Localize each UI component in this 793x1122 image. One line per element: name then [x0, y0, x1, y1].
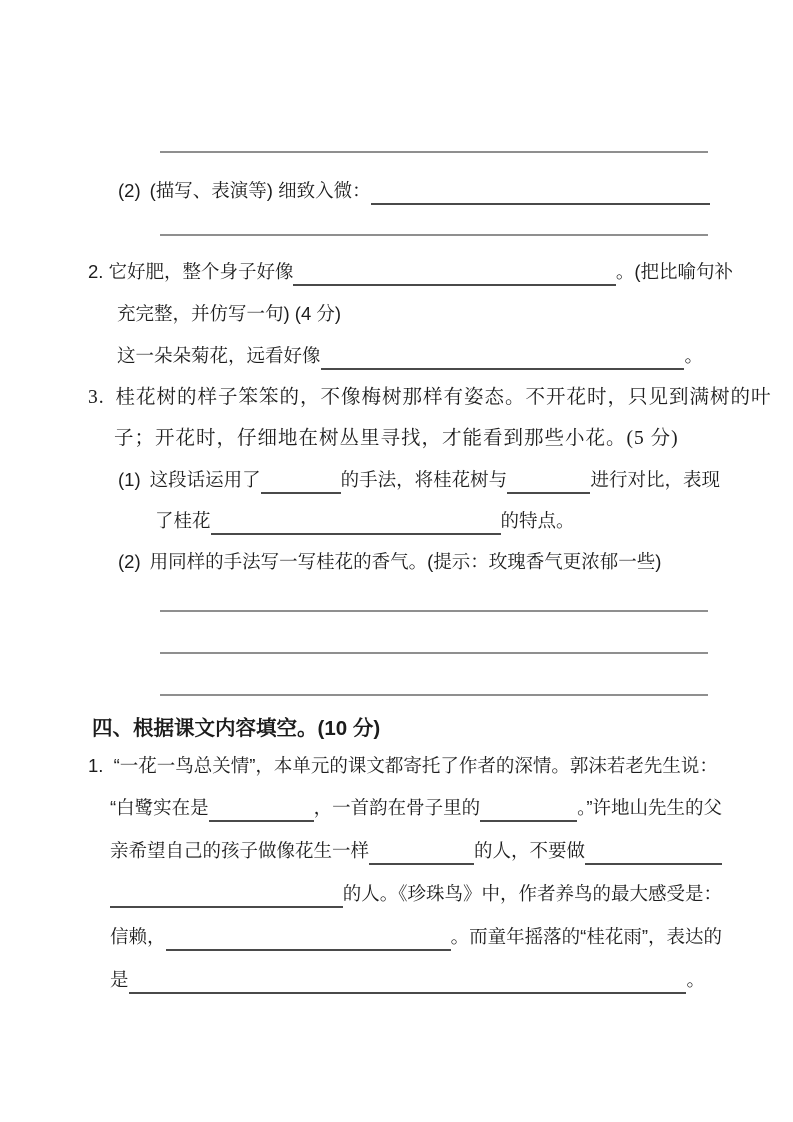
section4-q1-line5-pre: 信赖，	[110, 923, 166, 951]
question-3-sub1-cont-pre: 了桂花	[155, 507, 211, 535]
section4-q1-line2-pre: “白鹭实在是	[110, 794, 209, 822]
question-2-imitate-row: 这一朵朵菊花，远看好像 。	[117, 342, 703, 370]
question-3-sub1-row-2: 了桂花 的特点。	[155, 507, 575, 535]
section4-q1-row-6: 是 。	[110, 966, 705, 994]
section4-q1-line3-pre: 亲希望自己的孩子做像花生一样	[110, 837, 369, 865]
answer-line	[160, 151, 708, 153]
section4-q1-line5-post: 。而童年摇落的“桂花雨”，表达的	[451, 923, 722, 951]
fill-in-blank	[507, 468, 590, 494]
question-2-stem-post: 。(把比喻句补	[616, 258, 733, 286]
question-number: 3.	[88, 387, 105, 408]
question-2-imitate-post: 。	[684, 342, 703, 370]
section4-q1-row-3: 亲希望自己的孩子做像花生一样 的人，不要做	[110, 837, 722, 865]
fill-in-blank	[261, 468, 341, 494]
question-3-passage-row-2: 子；开花时，仔细地在树丛里寻找，才能看到那些小花。(5 分)	[114, 425, 679, 453]
section4-q1-line6-post: 。	[686, 966, 705, 994]
question-number: 2.	[88, 258, 103, 286]
fill-in-blank	[480, 796, 577, 822]
answer-line	[160, 652, 708, 654]
question-3-sub1-cont-post: 的特点。	[501, 507, 575, 535]
section4-q1-row-1: 1. “一花一鸟总关情”，本单元的课文都寄托了作者的深情。郭沫若老先生说：	[88, 752, 718, 780]
section4-q1-row-5: 信赖， 。而童年摇落的“桂花雨”，表达的	[110, 923, 722, 951]
question-3-sub2-text: 用同样的手法写一写桂花的香气。(提示：玫瑰香气更浓郁一些)	[150, 548, 662, 576]
answer-line	[160, 610, 708, 612]
sub-question-label: (1)	[118, 466, 141, 494]
answer-line	[160, 234, 708, 236]
section4-q1-line4-post: 的人。《珍珠鸟》中，作者养鸟的最大感受是：	[343, 880, 722, 908]
question-3-passage-line1: 桂花树的样子笨笨的，不像梅树那样有姿态。不开花时，只见到满树的叶	[116, 387, 772, 408]
question-2-stem-cont-row: 充完整，并仿写一句) (4 分)	[117, 300, 341, 328]
question-number: 1.	[88, 755, 103, 776]
sub-question-label: (2)	[118, 177, 141, 205]
question-2-imitate-pre: 这一朵朵菊花，远看好像	[117, 342, 321, 370]
fill-in-blank	[585, 839, 722, 865]
question-3-sub2-row: (2) 用同样的手法写一写桂花的香气。(提示：玫瑰香气更浓郁一些)	[118, 548, 661, 576]
question-3-sub1-seg3: 进行对比，表现	[590, 466, 720, 494]
fill-in-blank	[321, 344, 685, 370]
section4-q1-line3-mid: 的人，不要做	[474, 837, 585, 865]
question-2-stem-row: 2. 它好肥，整个身子好像 。(把比喻句补	[88, 258, 733, 286]
section-four-heading: 四、根据课文内容填空。(10 分)	[92, 714, 380, 744]
fill-in-blank	[110, 882, 343, 908]
section4-q1-line2-post: 。”许地山先生的父	[577, 794, 722, 822]
question-2-stem-pre: 它好肥，整个身子好像	[108, 258, 293, 286]
question-3-passage-row-1: 3. 桂花树的样子笨笨的，不像梅树那样有姿态。不开花时，只见到满树的叶	[88, 384, 772, 412]
sub-question-label: (2)	[118, 548, 141, 576]
fill-in-blank	[371, 179, 710, 205]
sub-question-text: (描写、表演等) 细致入微：	[150, 177, 371, 205]
question-3-sub1-seg2: 的手法，将桂花树与	[341, 466, 508, 494]
question-3-sub1-seg1: 这段话运用了	[150, 466, 261, 494]
answer-line	[160, 694, 708, 696]
fill-in-blank	[369, 839, 474, 865]
question-2-stem-cont: 充完整，并仿写一句) (4 分)	[117, 303, 341, 324]
section4-q1-row-2: “白鹭实在是 ，一首韵在骨子里的 。”许地山先生的父	[110, 794, 722, 822]
fill-in-blank	[209, 796, 314, 822]
question-3-passage-line2: 子；开花时，仔细地在树丛里寻找，才能看到那些小花。(5 分)	[114, 428, 679, 449]
fill-in-blank	[293, 260, 615, 286]
question-3-sub1-row-1: (1) 这段话运用了 的手法，将桂花树与 进行对比，表现	[118, 466, 720, 494]
fill-in-blank	[211, 509, 501, 535]
section4-q1-line1: “一花一鸟总关情”，本单元的课文都寄托了作者的深情。郭沫若老先生说：	[114, 755, 718, 776]
exam-page: (2) (描写、表演等) 细致入微： 2. 它好肥，整个身子好像 。(把比喻句补…	[0, 0, 793, 1122]
section4-q1-line2-mid: ，一首韵在骨子里的	[314, 794, 481, 822]
section4-q1-line6-pre: 是	[110, 966, 129, 994]
fill-in-blank	[129, 968, 687, 994]
section4-q1-row-4: 的人。《珍珠鸟》中，作者养鸟的最大感受是：	[110, 880, 722, 908]
fill-in-blank	[166, 925, 451, 951]
question-1-sub2-row: (2) (描写、表演等) 细致入微：	[118, 177, 710, 205]
